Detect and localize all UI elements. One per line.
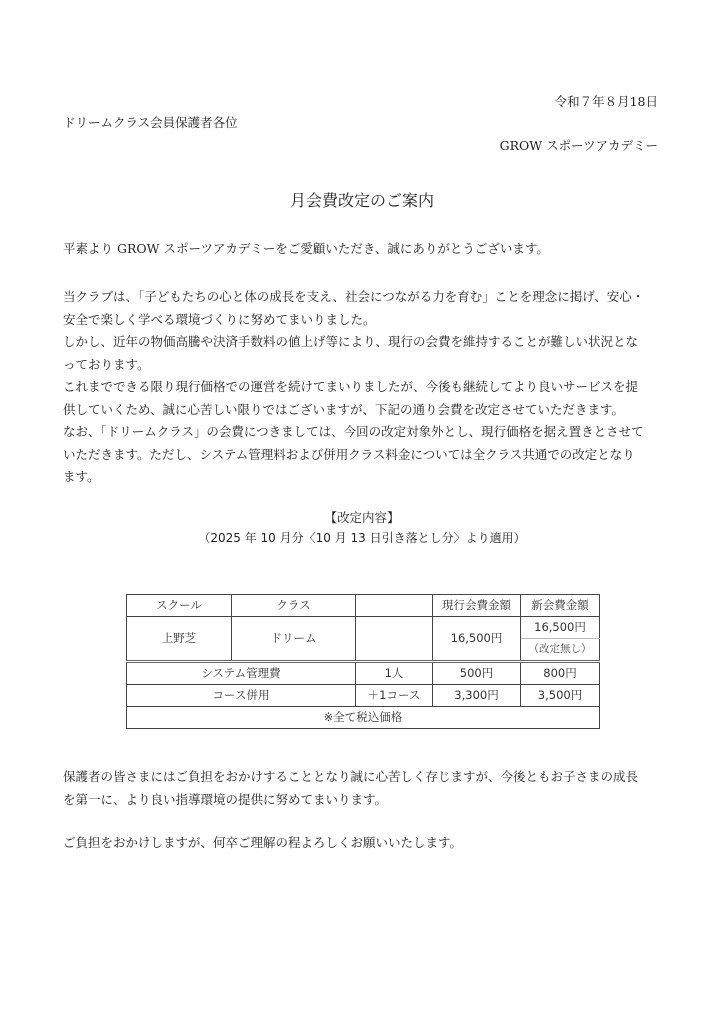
body-line: ます。 — [63, 466, 663, 489]
document-title: 月会費改定のご案内 — [0, 188, 724, 211]
new-fee-cell: 16,500円 — [521, 617, 600, 639]
body-paragraph: 当クラブは、「子どもたちの心と体の成長を支え、社会につながる力を育む」ことを理念… — [63, 286, 663, 489]
closing-line: を第一に、より良い指導環境の提供に努めてまいります。 — [63, 789, 663, 812]
tax-note: ※全て税込価格 — [127, 707, 600, 729]
table-note-row: ※全て税込価格 — [127, 707, 600, 729]
table-row-school: 上野芝 ドリーム 16,500円 16,500円 — [127, 617, 600, 639]
greeting-line: 平素より GROW スポーツアカデミーをご愛顧いただき、誠にありがとうございます… — [63, 238, 663, 261]
school-cell: 上野芝 — [127, 617, 232, 662]
body-line: なお、「ドリームクラス」の会費につきましては、今回の改定対象外とし、現行価格を据… — [63, 421, 663, 444]
closing-paragraph: 保護者の皆さまにはご負担をおかけすることとなり誠に心苦しく存じますが、今後ともお… — [63, 766, 663, 811]
row-new: 3,500円 — [521, 685, 600, 707]
sender: GROW スポーツアカデミー — [500, 136, 658, 154]
row-unit: 1人 — [356, 662, 433, 685]
revision-heading: 【改定内容】 — [0, 508, 724, 526]
header-school: スクール — [127, 595, 232, 617]
closing-line: 保護者の皆さまにはご負担をおかけすることとなり誠に心苦しく存じますが、今後ともお… — [63, 766, 663, 789]
table-header-row: スクール クラス 現行会費金額 新会費金額 — [127, 595, 600, 617]
body-line: 安全で楽しく学べる環境づくりに努めてまいりました。 — [63, 309, 663, 332]
fee-table: スクール クラス 現行会費金額 新会費金額 上野芝 ドリーム 16,500円 1… — [126, 594, 600, 729]
new-fee-note: （改定無し） — [521, 639, 600, 662]
body-line: いただきます。ただし、システム管理料および併用クラス料金については全クラス共通で… — [63, 444, 663, 467]
body-line: っております。 — [63, 354, 663, 377]
class-cell: ドリーム — [232, 617, 356, 662]
row-current: 3,300円 — [433, 685, 521, 707]
greeting-paragraph: 平素より GROW スポーツアカデミーをご愛顧いただき、誠にありがとうございます… — [63, 238, 663, 261]
header-class: クラス — [232, 595, 356, 617]
row-unit: ＋1コース — [356, 685, 433, 707]
revision-effective-date: （2025 年 10 月分〈10 月 13 日引き落とし分〉より適用） — [0, 529, 724, 546]
recipient: ドリームクラス会員保護者各位 — [63, 113, 238, 131]
body-line: 当クラブは、「子どもたちの心と体の成長を支え、社会につながる力を育む」ことを理念… — [63, 286, 663, 309]
current-fee-cell: 16,500円 — [433, 617, 521, 662]
row-current: 500円 — [433, 662, 521, 685]
header-current-fee: 現行会費金額 — [433, 595, 521, 617]
blank-cell — [356, 617, 433, 662]
row-label: システム管理費 — [127, 662, 356, 685]
final-paragraph: ご負担をおかけしますが、何卒ご理解の程よろしくお願いいたします。 — [63, 832, 663, 855]
body-line: 供していくため、誠に心苦しい限りではございますが、下記の通り会費を改定させていた… — [63, 399, 663, 422]
header-blank — [356, 595, 433, 617]
body-line: しかし、近年の物価高騰や決済手数料の値上げ等により、現行の会費を維持することが難… — [63, 331, 663, 354]
header-new-fee: 新会費金額 — [521, 595, 600, 617]
table-row: システム管理費 1人 500円 800円 — [127, 662, 600, 685]
final-line: ご負担をおかけしますが、何卒ご理解の程よろしくお願いいたします。 — [63, 832, 663, 855]
row-label: コース併用 — [127, 685, 356, 707]
row-new: 800円 — [521, 662, 600, 685]
document-date: 令和７年８月18日 — [555, 92, 658, 110]
body-line: これまでできる限り現行価格での運営を続けてまいりましたが、今後も継続してより良い… — [63, 376, 663, 399]
table-row: コース併用 ＋1コース 3,300円 3,500円 — [127, 685, 600, 707]
